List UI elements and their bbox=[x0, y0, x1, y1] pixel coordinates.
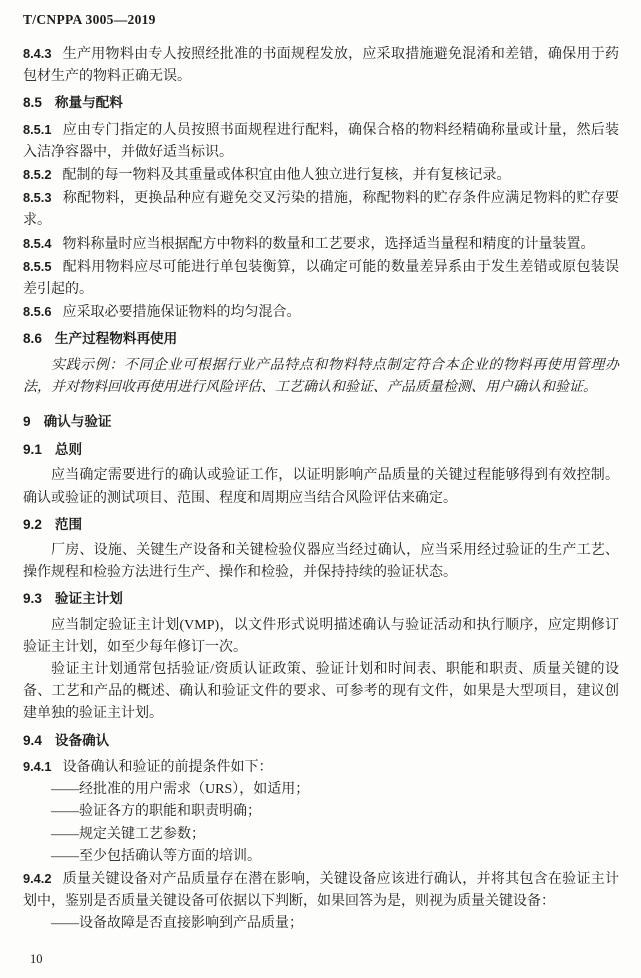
section-heading-9-2: 9.2范围 bbox=[23, 514, 619, 536]
clause-number: 8.5.5 bbox=[23, 259, 51, 274]
clause-number: 8.5.2 bbox=[23, 167, 51, 182]
chapter-heading-9: 9确认与验证 bbox=[23, 411, 619, 433]
clause-9-4-2: 9.4.2质量关键设备对产品质量存在潜在影响，关键设备应该进行确认，并将其包含在… bbox=[23, 868, 619, 913]
heading-text: 总则 bbox=[55, 442, 82, 457]
heading-text: 生产过程物料再使用 bbox=[55, 331, 177, 346]
clause-8-5-6: 8.5.6应采取必要措施保证物料的均匀混合。 bbox=[23, 301, 619, 324]
heading-text: 设备确认 bbox=[55, 733, 109, 748]
heading-number: 9.1 bbox=[23, 442, 42, 457]
heading-number: 9.3 bbox=[23, 591, 42, 606]
dash-list-item: ——验证各方的职能和职责明确； bbox=[23, 801, 619, 823]
clause-text: 称配物料，更换品种应有避免交叉污染的措施，称配物料的贮存条件应满足物料的贮存要求… bbox=[23, 191, 619, 228]
heading-number: 9.2 bbox=[23, 517, 42, 532]
clause-number: 8.5.3 bbox=[23, 190, 51, 205]
clause-8-5-5: 8.5.5配料用物料应尽可能进行单包装衡算，以确定可能的数量差异系由于发生差错或… bbox=[23, 256, 619, 301]
heading-text: 验证主计划 bbox=[55, 591, 123, 606]
dash-list-item: ——至少包括确认等方面的培训。 bbox=[23, 846, 619, 868]
section-heading-8-5: 8.5称量与配料 bbox=[23, 92, 619, 114]
page-content: T/CNPPA 3005—2019 8.4.3生产用物料由专人按照经批准的书面规… bbox=[0, 0, 641, 936]
clause-number: 9.4.2 bbox=[23, 871, 51, 886]
page-number: 10 bbox=[30, 952, 43, 967]
clause-number: 8.5.1 bbox=[23, 122, 51, 137]
dash-list-item: ——设备故障是否直接影响到产品质量； bbox=[23, 913, 619, 935]
heading-number: 9 bbox=[23, 414, 31, 429]
heading-number: 9.4 bbox=[23, 733, 42, 748]
document-page: T/CNPPA 3005—2019 8.4.3生产用物料由专人按照经批准的书面规… bbox=[0, 0, 641, 978]
clause-8-4-3: 8.4.3生产用物料由专人按照经批准的书面规程发放，应采取措施避免混淆和差错，确… bbox=[23, 43, 619, 88]
clause-number: 8.5.4 bbox=[23, 236, 51, 251]
clause-8-5-2: 8.5.2配制的每一物料及其重量或体积宜由他人独立进行复核，并有复核记录。 bbox=[23, 164, 619, 187]
clause-number: 8.5.6 bbox=[23, 304, 51, 319]
standard-number-header: T/CNPPA 3005—2019 bbox=[23, 12, 619, 28]
body-paragraph: 应当制定验证主计划(VMP)，以文件形式说明描述确认与验证活动和执行顺序，应定期… bbox=[23, 615, 619, 659]
dash-list-item: ——规定关键工艺参数； bbox=[23, 824, 619, 846]
body-paragraph: 验证主计划通常包括验证/资质认证政策、验证计划和时间表、职能和职责、质量关键的设… bbox=[23, 659, 619, 726]
clause-8-5-4: 8.5.4物料称量时应当根据配方中物料的数量和工艺要求，选择适当量程和精度的计量… bbox=[23, 233, 619, 256]
clause-text: 应由专门指定的人员按照书面规程进行配料，确保合格的物料经精确称量或计量，然后装入… bbox=[23, 123, 619, 160]
clause-text: 配料用物料应尽可能进行单包装衡算，以确定可能的数量差异系由于发生差错或原包装误差… bbox=[23, 260, 619, 297]
clause-text: 物料称量时应当根据配方中物料的数量和工艺要求，选择适当量程和精度的计量装置。 bbox=[62, 237, 594, 252]
clause-8-5-3: 8.5.3称配物料，更换品种应有避免交叉污染的措施，称配物料的贮存条件应满足物料… bbox=[23, 187, 619, 232]
clause-9-4-1: 9.4.1设备确认和验证的前提条件如下： bbox=[23, 756, 619, 779]
practice-example-paragraph: 实践示例：不同企业可根据行业产品特点和物料特点制定符合本企业的物料再使用管理办法… bbox=[23, 355, 619, 399]
section-heading-9-3: 9.3验证主计划 bbox=[23, 588, 619, 610]
body-paragraph: 应当确定需要进行的确认或验证工作，以证明影响产品质量的关键过程能够得到有效控制。… bbox=[23, 465, 619, 509]
clause-number: 9.4.1 bbox=[23, 759, 51, 774]
body-paragraph: 厂房、设施、关键生产设备和关键检验仪器应当经过确认，应当采用经过验证的生产工艺、… bbox=[23, 540, 619, 584]
heading-number: 8.5 bbox=[23, 95, 42, 110]
clause-text: 质量关键设备对产品质量存在潜在影响，关键设备应该进行确认，并将其包含在验证主计划… bbox=[23, 872, 619, 909]
section-heading-9-1: 9.1总则 bbox=[23, 439, 619, 461]
heading-text: 称量与配料 bbox=[55, 95, 123, 110]
clause-8-5-1: 8.5.1应由专门指定的人员按照书面规程进行配料，确保合格的物料经精确称量或计量… bbox=[23, 119, 619, 164]
section-heading-9-4: 9.4设备确认 bbox=[23, 730, 619, 752]
clause-text: 应采取必要措施保证物料的均匀混合。 bbox=[62, 305, 300, 320]
heading-text: 范围 bbox=[55, 517, 82, 532]
clause-text: 设备确认和验证的前提条件如下： bbox=[62, 760, 272, 775]
dash-list-item: ——经批准的用户需求（URS），如适用； bbox=[23, 779, 619, 801]
section-heading-8-6: 8.6生产过程物料再使用 bbox=[23, 328, 619, 350]
clause-text: 生产用物料由专人按照经批准的书面规程发放，应采取措施避免混淆和差错，确保用于药包… bbox=[23, 47, 619, 84]
heading-text: 确认与验证 bbox=[44, 414, 112, 429]
clause-number: 8.4.3 bbox=[23, 46, 51, 61]
heading-number: 8.6 bbox=[23, 331, 42, 346]
clause-text: 配制的每一物料及其重量或体积宜由他人独立进行复核，并有复核记录。 bbox=[62, 168, 510, 183]
